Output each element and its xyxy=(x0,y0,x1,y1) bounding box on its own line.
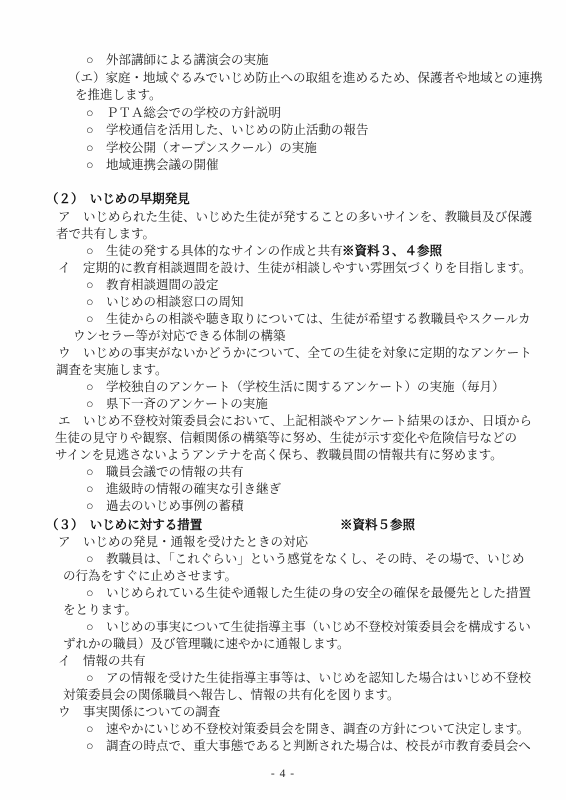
list-item-cont: 生徒の見守りや観察、信頼関係の構築等に努め、生徒が示す変化や危険信号などの xyxy=(55,430,517,447)
bullet-item: ○ 調査の時点で、重大事態であると判断された場合は、校長が市教育委員会へ xyxy=(86,738,531,755)
bullet-item: ○ 生徒からの相談や聴き取りについては、生徒が希望する教職員やスクールカ xyxy=(86,311,531,328)
bullet-item: ○ 学校独自のアンケート（学校生活に関するアンケート）の実施（毎月） xyxy=(86,379,505,396)
bullet-item-cont: 対策委員会の関係職員へ報告し、情報の共有化を図ります。 xyxy=(63,687,400,704)
bullet-item-cont: をとります。 xyxy=(63,602,137,619)
section-heading: （２） いじめの早期発見 xyxy=(46,191,190,208)
bullet-item-cont: ずれかの職員）及び管理職に速やかに通報します。 xyxy=(63,636,350,653)
bullet-item: ○ アの情報を受けた生徒指導主事等は、いじめを認知した場合はいじめ不登校 xyxy=(86,670,531,687)
bullet-item: ○ 速やかにいじめ不登校対策委員会を開き、調査の方針について決定します。 xyxy=(86,721,529,738)
reference-note: ※資料５参照 xyxy=(340,517,415,534)
bullet-item-cont: ウンセラー等が対応できる体制の構築 xyxy=(73,328,286,345)
paragraph-line: を推進します。 xyxy=(75,87,162,104)
bullet-item: ○ 過去のいじめ事例の蓄積 xyxy=(86,498,244,515)
bullet-item: ○ 県下一斉のアンケートの実施 xyxy=(86,396,268,413)
bullet-item: ○ 地域連携会議の開催 xyxy=(86,157,219,174)
bullet-item-cont: の行為をすぐに止めさせます。 xyxy=(63,568,237,585)
bullet-item: ○ いじめられている生徒や通報した生徒の身の安全の確保を最優先とした措置 xyxy=(86,585,531,602)
list-item-cont: 者で共有します。 xyxy=(56,226,155,243)
list-item: ア いじめられた生徒、いじめた生徒が発することの多いサインを、教職員及び保護 xyxy=(58,209,532,226)
list-item: ウ 事実関係についての調査 xyxy=(58,704,220,721)
bullet-item: ○ いじめの事実について生徒指導主事（いじめ不登校対策委員会を構成するい xyxy=(86,619,531,636)
list-item: ウ いじめの事実がないかどうかについて、全ての生徒を対象に定期的なアンケート xyxy=(58,345,532,362)
reference-note: ※資料３、４参照 xyxy=(342,243,442,260)
page-number: - 4 - xyxy=(0,768,566,780)
bullet-item: ○ いじめの相談窓口の周知 xyxy=(86,294,244,311)
list-item-cont: サインを見逃さないようアンテナを高く保ち、教職員間の情報共有に努めます。 xyxy=(55,447,503,464)
section-heading: （３） いじめに対する措置※資料５参照 xyxy=(46,517,202,534)
document-page: ○ 外部講師による講演会の実施（エ）家庭・地域ぐるみでいじめ防止への取組を進める… xyxy=(0,0,566,800)
paragraph-line: （エ）家庭・地域ぐるみでいじめ防止への取組を進めるため、保護者や地域との連携 xyxy=(68,70,543,87)
list-item: エ いじめ不登校対策委員会において、上記相談やアンケート結果のほか、日頃から xyxy=(58,413,532,430)
bullet-item: ○ 職員会議での情報の共有 xyxy=(86,464,244,481)
bullet-item: ○ 学校通信を活用した、いじめの防止活動の報告 xyxy=(86,122,369,139)
bullet-item: ○ 学校公開（オープンスクール）の実施 xyxy=(86,140,317,157)
bullet-item: ○ 教職員は、「これぐらい」という感覚をなくし、その時、その場で、いじめ xyxy=(86,551,525,568)
bullet-item: ○ ＰＴＡ総会での学校の方針説明 xyxy=(86,105,281,122)
bullet-item: ○ 生徒の発する具体的なサインの作成と共有※資料３、４参照 xyxy=(86,243,343,260)
list-item-cont: 調査を実施します。 xyxy=(56,362,168,379)
bullet-item: ○ 進級時の情報の確実な引き継ぎ xyxy=(86,481,281,498)
bullet-item: ○ 外部講師による講演会の実施 xyxy=(86,52,269,69)
bullet-item: ○ 教育相談週間の設定 xyxy=(86,277,219,294)
list-item: ア いじめの発見・通報を受けたときの対応 xyxy=(58,534,308,551)
list-item: イ 定期的に教育相談週間を設け、生徒が相談しやすい雰囲気づくりを目指します。 xyxy=(58,260,532,277)
list-item: イ 情報の共有 xyxy=(58,653,146,670)
